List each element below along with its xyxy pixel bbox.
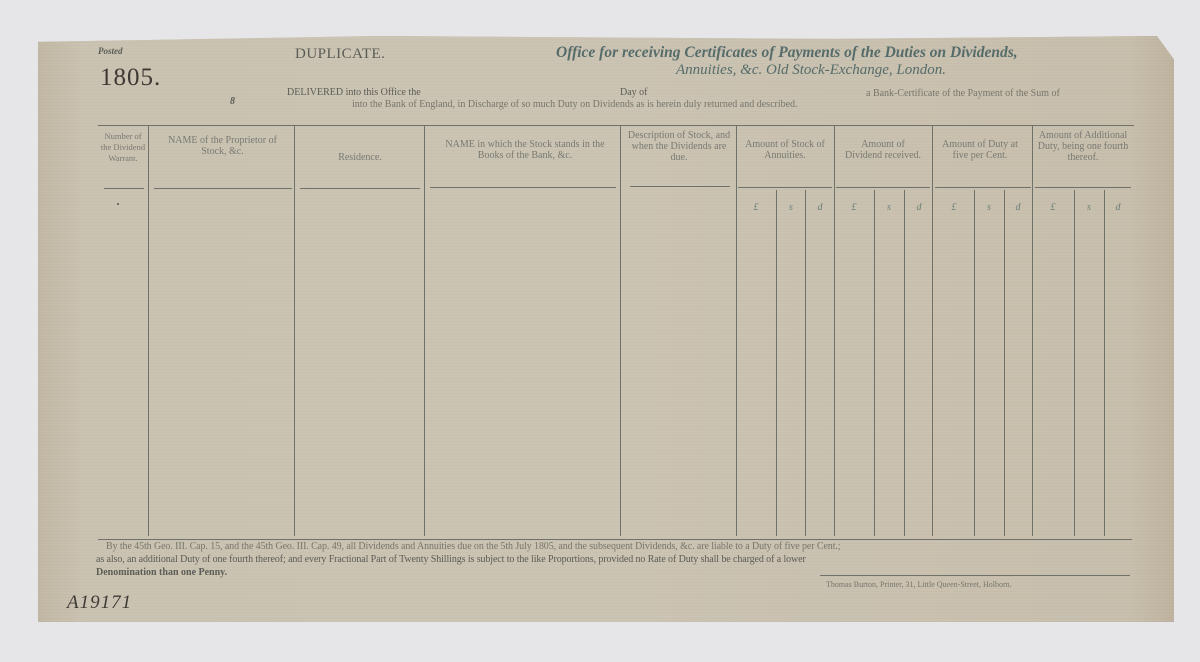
unit-pounds: £ — [1043, 202, 1063, 213]
col-line — [834, 126, 835, 536]
unit-pence: d — [1108, 202, 1128, 213]
col-header-additional-duty: Amount of Additional Duty, being one fou… — [1034, 130, 1132, 163]
subcol-line — [805, 190, 806, 536]
unit-pounds: £ — [746, 202, 766, 213]
col-line — [294, 126, 295, 536]
col-header-proprietor: NAME of the Proprietor of Stock, &c. — [160, 135, 285, 157]
header-rule-6 — [738, 187, 832, 188]
col-header-warrant: Number of the Dividend Warrant. — [100, 131, 146, 164]
col-line — [932, 126, 933, 536]
posted-stamp: Posted — [98, 46, 123, 56]
col-line — [620, 126, 621, 536]
unit-pence: d — [1008, 202, 1028, 213]
duplicate-title: DUPLICATE. — [295, 46, 385, 63]
col-header-dividend: Amount of Dividend received. — [843, 139, 923, 161]
subcol-line — [904, 190, 905, 536]
statute-line-3: Denomination than one Penny. — [96, 567, 227, 578]
office-title-line1: Office for receiving Certificates of Pay… — [556, 44, 1018, 62]
catalog-number: A19171 — [67, 592, 132, 614]
col-header-stock-name: NAME in which the Stock stands in the Bo… — [440, 139, 610, 161]
footer-bottom-rule — [820, 575, 1130, 576]
day-of-label: Day of — [620, 87, 648, 98]
unit-shillings: s — [1079, 202, 1099, 213]
table-top-rule — [98, 125, 1134, 126]
subcol-line — [1004, 190, 1005, 536]
statute-line-1: By the 45th Geo. III. Cap. 15, and the 4… — [106, 541, 840, 552]
unit-shillings: s — [979, 202, 999, 213]
col-line — [148, 126, 149, 536]
col-line — [1032, 126, 1033, 536]
subcol-line — [1074, 190, 1075, 536]
statute-line-2: as also, an additional Duty of one fourt… — [96, 554, 806, 565]
col-header-duty: Amount of Duty at five per Cent. — [940, 139, 1020, 161]
year-stamp: 1805. — [100, 64, 161, 92]
unit-pence: d — [909, 202, 929, 213]
header-rule-9 — [1035, 187, 1131, 188]
unit-pounds: £ — [844, 202, 864, 213]
discharge-line: into the Bank of England, in Discharge o… — [352, 99, 798, 110]
ink-dot — [117, 203, 119, 205]
subcol-line — [974, 190, 975, 536]
unit-shillings: s — [879, 202, 899, 213]
subcol-line — [1104, 190, 1105, 536]
unit-shillings: s — [781, 202, 801, 213]
col-header-stock-amount: Amount of Stock of Annuities. — [745, 139, 825, 161]
col-line — [424, 126, 425, 536]
header-rule-3 — [300, 188, 420, 189]
footer-top-rule — [98, 539, 1132, 540]
subcol-line — [776, 190, 777, 536]
unit-pence: d — [810, 202, 830, 213]
ink-mark: 8 — [230, 96, 235, 107]
delivered-line: DELIVERED into this Office the — [287, 87, 421, 98]
office-title-line2: Annuities, &c. Old Stock-Exchange, Londo… — [676, 62, 946, 79]
col-header-residence: Residence. — [300, 152, 420, 163]
header-rule-7 — [836, 187, 930, 188]
certificate-text: a Bank-Certificate of the Payment of the… — [866, 88, 1060, 99]
header-rule-1 — [104, 188, 144, 189]
printer-imprint: Thomas Burton, Printer, 31, Little Queen… — [826, 580, 1012, 589]
col-header-description: Description of Stock, and when the Divid… — [624, 130, 734, 163]
header-rule-4 — [430, 187, 616, 188]
col-line — [736, 126, 737, 536]
header-rule-8 — [935, 187, 1031, 188]
subcol-line — [874, 190, 875, 536]
header-rule-2 — [154, 188, 292, 189]
unit-pounds: £ — [944, 202, 964, 213]
header-rule-5 — [630, 186, 730, 187]
